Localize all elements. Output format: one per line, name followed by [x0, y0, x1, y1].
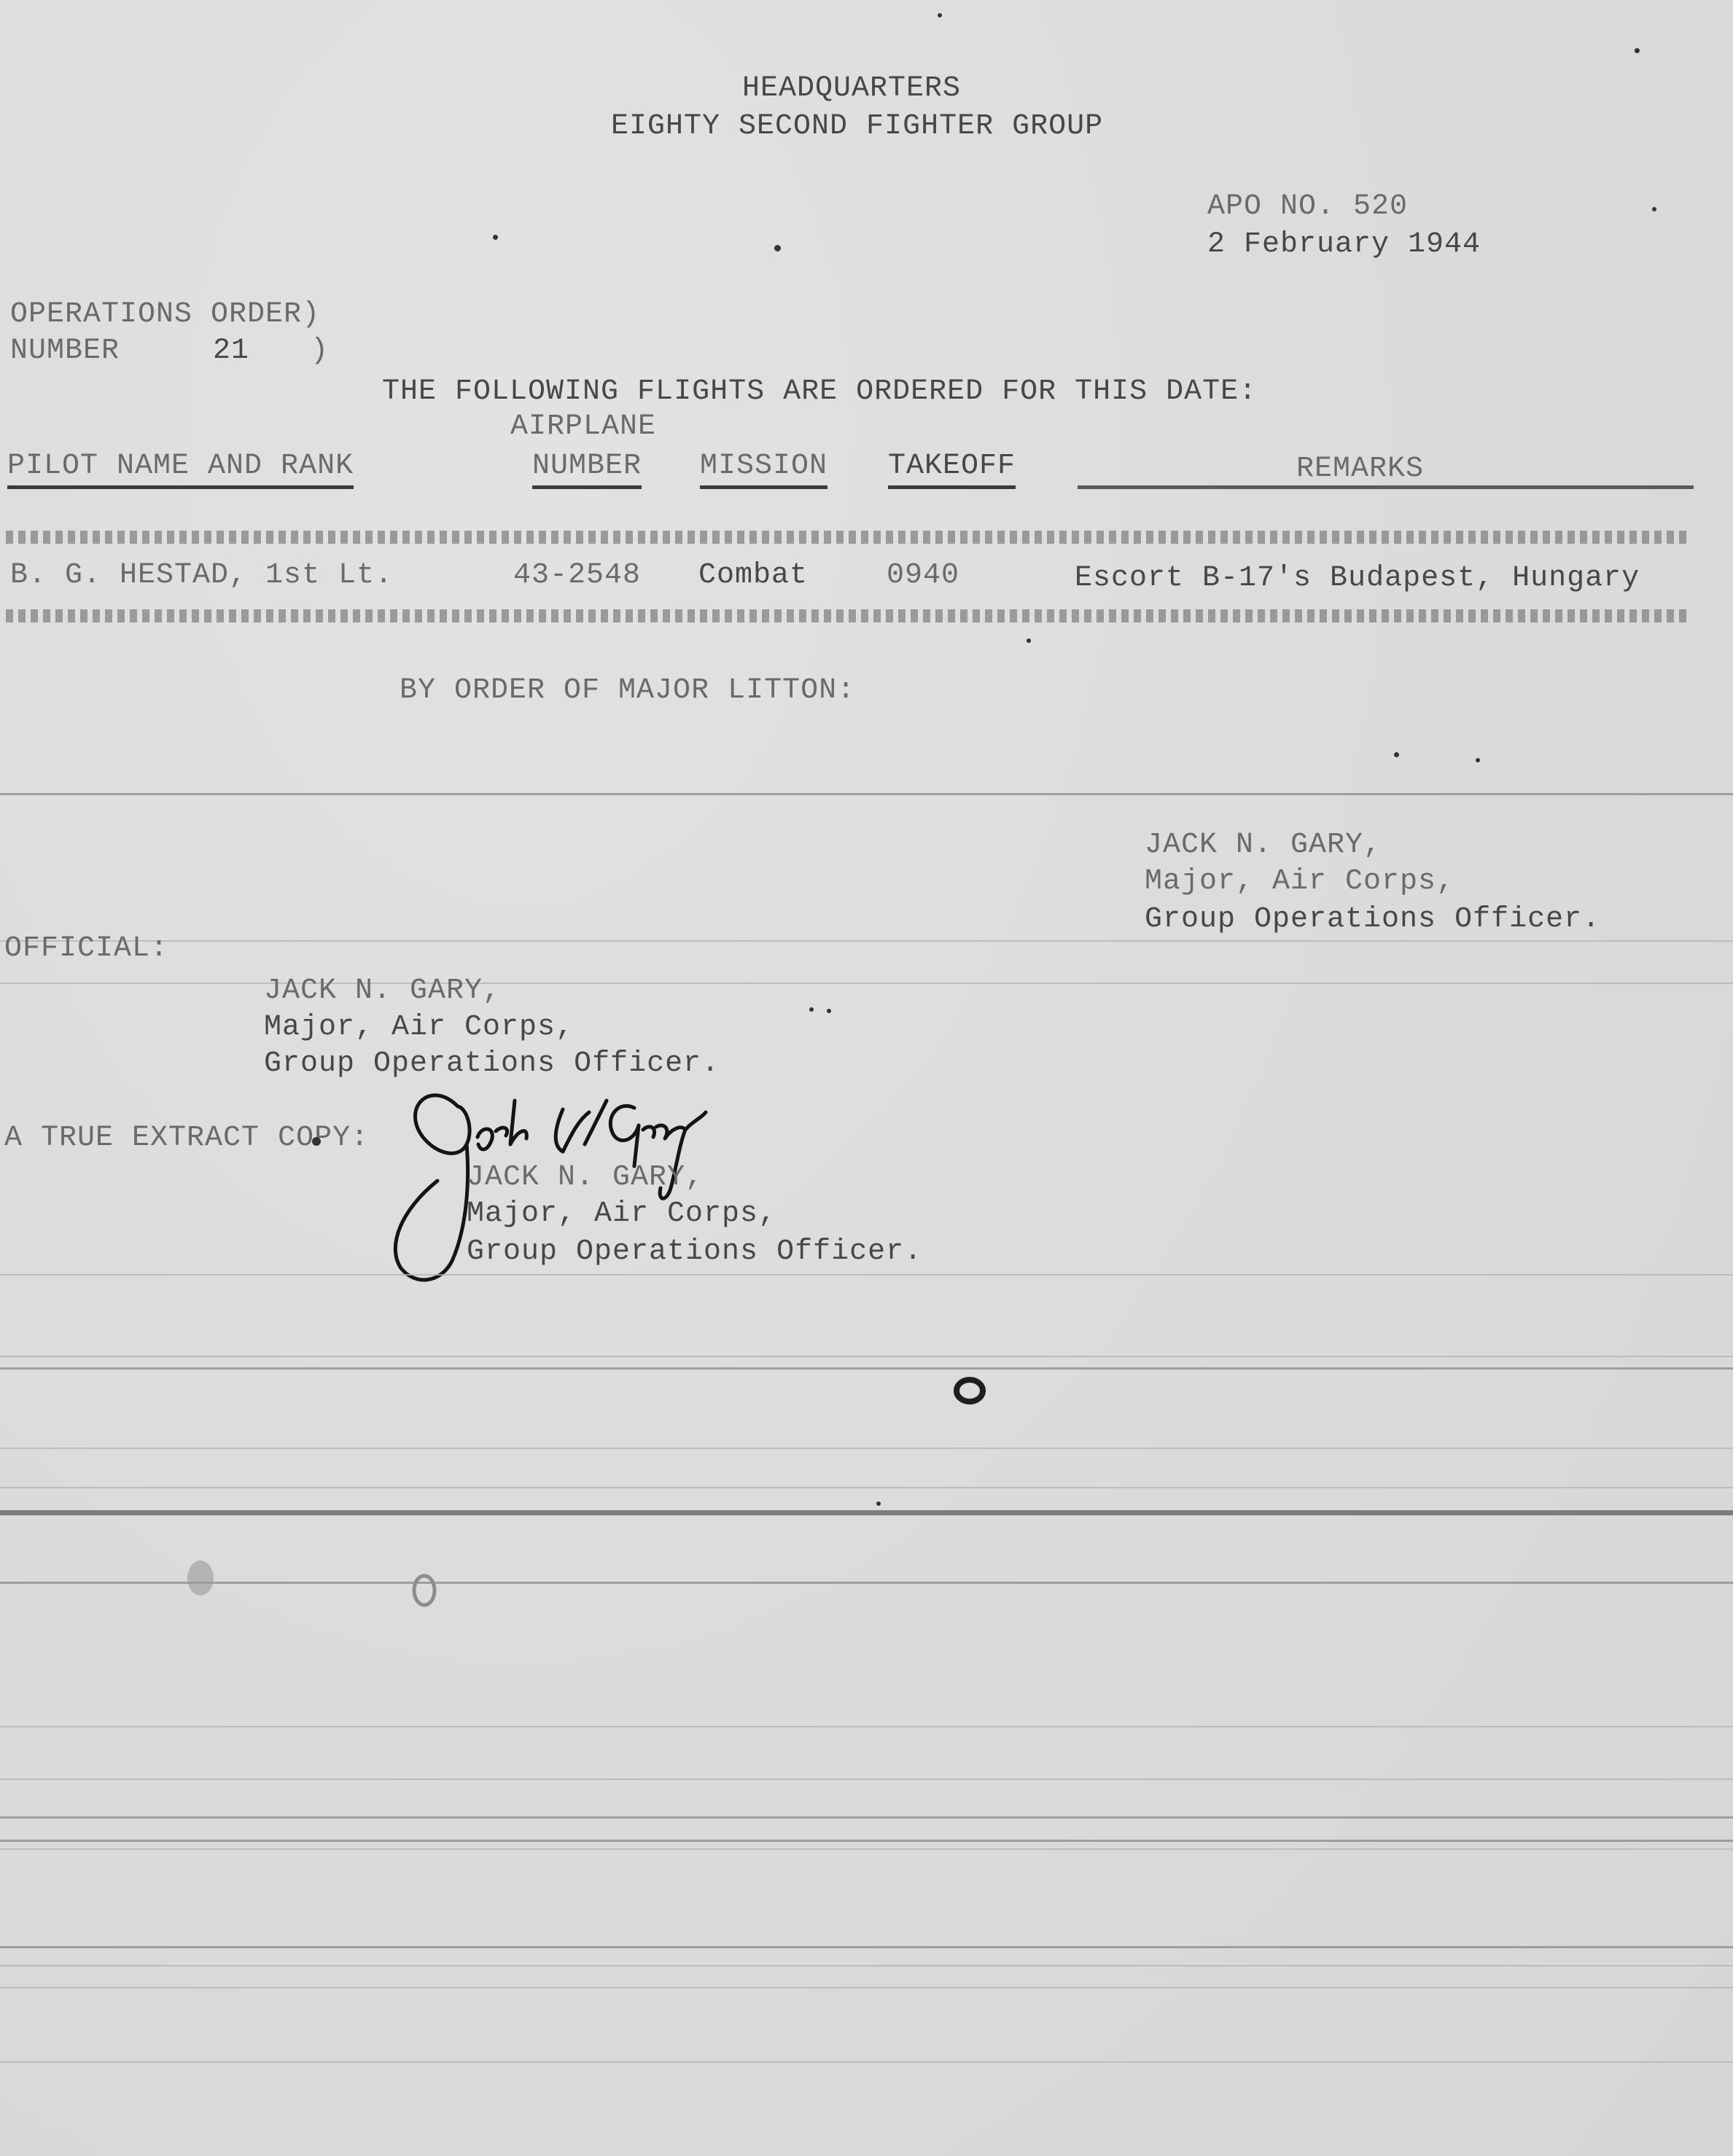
apo-number: APO NO. 520	[1207, 190, 1408, 224]
scan-line	[0, 1274, 1733, 1276]
header-unit: EIGHTY SECOND FIGHTER GROUP	[611, 109, 1103, 144]
operations-order-label: OPERATIONS ORDER)	[10, 297, 320, 332]
speck	[1652, 207, 1656, 211]
scan-line	[0, 1367, 1733, 1370]
scan-line	[0, 793, 1733, 795]
speck	[1635, 48, 1640, 53]
speck	[809, 1007, 814, 1012]
speck	[312, 1137, 321, 1146]
scan-line	[0, 1848, 1733, 1850]
col-mission: MISSION	[700, 449, 827, 489]
scan-line	[0, 1946, 1733, 1948]
order-number-label: NUMBER	[10, 334, 120, 369]
col-airplane-top: AIRPLANE	[510, 410, 656, 445]
row-airplane-number: 43-2548	[513, 558, 641, 593]
row-separator-top	[6, 531, 1690, 544]
scan-line	[0, 1356, 1733, 1357]
flights-intro: THE FOLLOWING FLIGHTS ARE ORDERED FOR TH…	[382, 375, 1257, 410]
official-title: Group Operations Officer.	[264, 1047, 720, 1082]
scan-line	[0, 1726, 1733, 1727]
speck	[827, 1009, 831, 1013]
scan-line	[0, 1778, 1733, 1780]
document-page: HEADQUARTERS EIGHTY SECOND FIGHTER GROUP…	[0, 0, 1733, 2156]
ink-smudge	[175, 1552, 226, 1604]
col-pilot-name-rank: PILOT NAME AND RANK	[7, 449, 354, 489]
signer-name: JACK N. GARY,	[1145, 828, 1382, 863]
order-number-paren: )	[311, 334, 329, 369]
col-remarks: REMARKS	[1296, 452, 1424, 487]
scan-line	[0, 1816, 1733, 1819]
header-headquarters: HEADQUARTERS	[742, 71, 961, 106]
speck	[1394, 752, 1399, 757]
order-date: 2 February 1944	[1207, 227, 1481, 262]
speck	[1476, 758, 1480, 762]
scan-line	[0, 940, 1733, 942]
row-mission: Combat	[698, 558, 808, 593]
scan-line	[0, 1510, 1733, 1515]
row-remarks: Escort B-17's Budapest, Hungary	[1075, 561, 1640, 596]
row-separator-bottom	[6, 609, 1690, 622]
ink-blot	[948, 1370, 992, 1414]
scan-line	[0, 1448, 1733, 1449]
scan-line	[0, 2061, 1733, 2063]
scan-line	[0, 1487, 1733, 1488]
true-copy-name: JACK N. GARY,	[467, 1160, 704, 1195]
scan-line	[0, 983, 1733, 984]
official-label: OFFICIAL:	[4, 931, 168, 966]
col-takeoff: TAKEOFF	[888, 449, 1016, 489]
speck	[876, 1501, 881, 1506]
signer-title: Group Operations Officer.	[1145, 902, 1600, 937]
official-name: JACK N. GARY,	[264, 974, 501, 1009]
speck	[493, 235, 498, 240]
order-number: 21	[213, 334, 249, 369]
remarks-underline	[1078, 485, 1694, 489]
row-takeoff: 0940	[887, 558, 959, 593]
scan-line	[0, 1965, 1733, 1966]
col-airplane-number: NUMBER	[532, 449, 642, 489]
speck	[938, 13, 942, 17]
true-copy-title: Group Operations Officer.	[467, 1235, 922, 1270]
true-copy-rank: Major, Air Corps,	[467, 1197, 776, 1232]
row-pilot: B. G. HESTAD, 1st Lt.	[10, 558, 393, 593]
by-order-line: BY ORDER OF MAJOR LITTON:	[400, 673, 855, 708]
speck	[1027, 638, 1031, 643]
scan-line	[0, 1582, 1733, 1584]
scan-line	[0, 1987, 1733, 1988]
official-rank: Major, Air Corps,	[264, 1010, 574, 1045]
scan-line	[0, 1840, 1733, 1842]
signer-rank: Major, Air Corps,	[1145, 864, 1454, 899]
ink-smudge	[402, 1569, 446, 1612]
speck	[774, 245, 781, 251]
